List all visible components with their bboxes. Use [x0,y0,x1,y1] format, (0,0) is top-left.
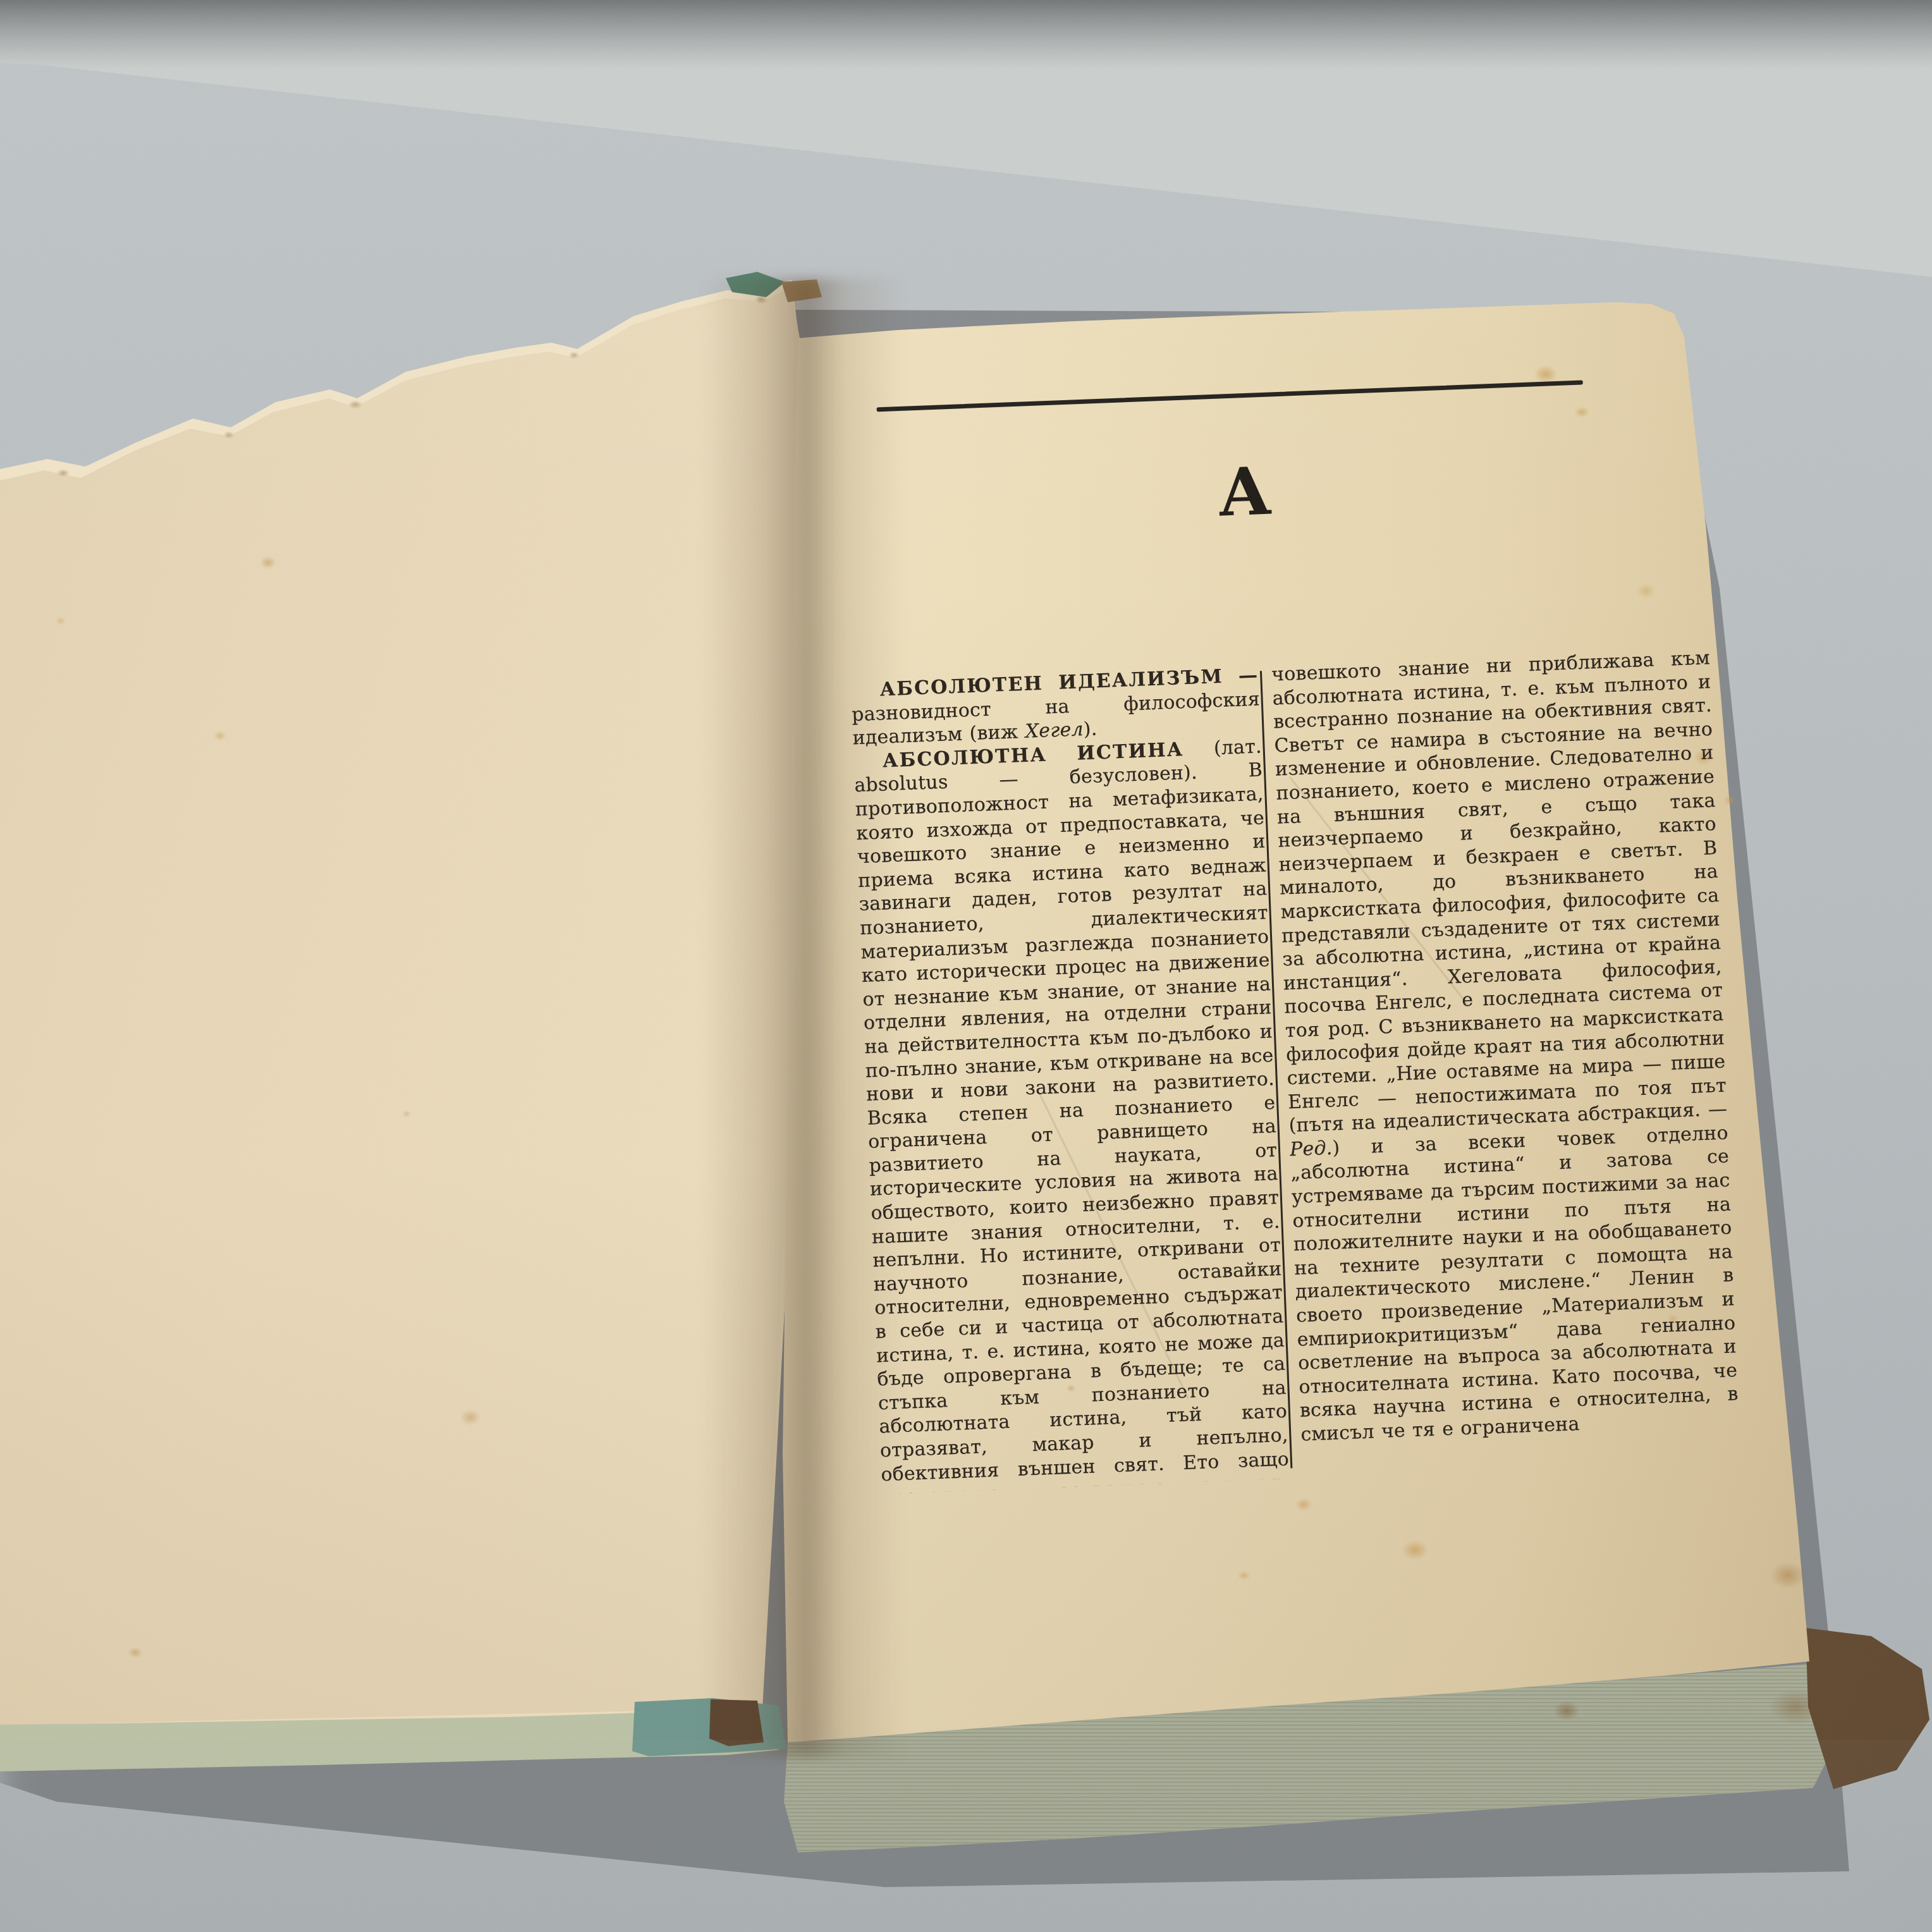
section-divider-rule [876,380,1582,412]
section-letter: А [1190,451,1300,532]
left-text-column: АБСОЛЮТЕН ИДЕАЛИЗЪМ — разновидност на фи… [850,663,1290,1494]
paragraph: АБСОЛЮТНА ИСТИНА (лат. absolutus — безус… [853,735,1290,1494]
paragraph: човешкото знание ни приближава към абсол… [1271,646,1739,1446]
right-text-column: човешкото знание ни приближава към абсол… [1271,646,1742,1503]
printed-page-content: А АБСОЛЮТЕН ИДЕАЛИЗЪМ — разновидност на … [831,317,1762,1551]
book-photo-scene: А АБСОЛЮТЕН ИДЕАЛИЗЪМ — разновидност на … [0,0,1932,1932]
